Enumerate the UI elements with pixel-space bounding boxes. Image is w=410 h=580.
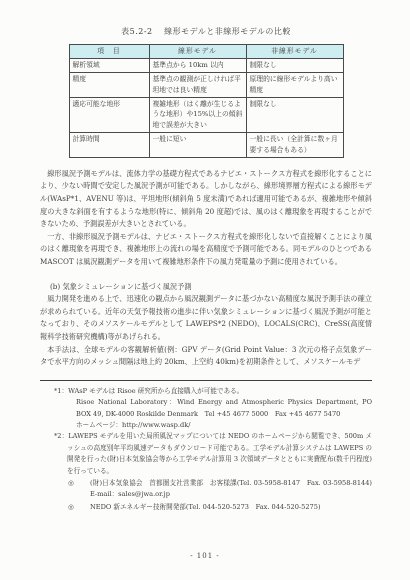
table-row: 適応可能な地形 複雑地形（はく離が生じるような地形）や15%以上の傾斜地で誤差が… xyxy=(69,97,343,133)
contact-jwa-text: (財)日本気象協会 首都圏支社営業部 お客様課(Tel. 03-5958-814… xyxy=(90,478,372,501)
header-nonlinear-model: 非線形モデル xyxy=(246,45,343,59)
cell-linear: 基準点の観測が正しければ平坦地では良い精度 xyxy=(149,72,246,97)
footnote-1-address: Risoe National Laboratory：Wind Energy an… xyxy=(76,397,372,420)
table-row: 計算時間 一般に短い 一般に長い（全計算に数ヶ月要する場合もある） xyxy=(69,133,343,158)
table-caption: 表5.2-2 線形モデルと非線形モデルの比較 xyxy=(40,26,372,37)
contact-nedo: ◎ NEDO 新エネルギー技術開発部(Tel. 044-520-5273 Fax… xyxy=(68,502,372,513)
contact-jwa: ◎ (財)日本気象協会 首都圏支社営業部 お客様課(Tel. 03-5958-8… xyxy=(68,478,372,501)
row-label: 精度 xyxy=(69,72,149,97)
body-text-block: 線形風況予測モデルは、流体力学の基礎方程式であるナビエ・ストークス方程式を線形化… xyxy=(40,168,372,369)
table-row: 精度 基準点の観測が正しければ平坦地では良い精度 原理的に線形モデルより高い精度 xyxy=(69,72,343,97)
cell-nonlinear: 制限なし xyxy=(246,97,343,133)
footnote-2-text: *2：LAWEPS モデルを用いた局所風況マップについては NEDO のホームペ… xyxy=(54,431,372,477)
cell-linear: 一般に短い xyxy=(149,133,246,158)
comparison-table: 項 目 線形モデル 非線形モデル 解析領域 基準点から 10km 以内 制限なし… xyxy=(69,44,344,158)
bullet-double-circle-icon: ◎ xyxy=(68,502,90,513)
header-linear-model: 線形モデル xyxy=(149,45,246,59)
footnotes-section: *1：WAsP モデルは Risoe 研究所から直接購入が可能である。 Riso… xyxy=(40,380,372,513)
header-item: 項 目 xyxy=(69,45,149,59)
row-label: 適応可能な地形 xyxy=(69,97,149,133)
cell-nonlinear: 制限なし xyxy=(246,58,343,72)
page-number: - 101 - xyxy=(0,552,410,560)
table-row: 解析領域 基準点から 10km 以内 制限なし xyxy=(69,58,343,72)
cell-linear: 複雑地形（はく離が生じるような地形）や15%以上の傾斜地で誤差が大きい xyxy=(149,97,246,133)
footnote-1-homepage: ホームページ：http://www.wasp.dk/ xyxy=(76,420,372,431)
contact-nedo-text: NEDO 新エネルギー技術開発部(Tel. 044-520-5273 Fax. … xyxy=(90,502,372,513)
cell-nonlinear: 原理的に線形モデルより高い精度 xyxy=(246,72,343,97)
paragraph-gpv: 本手法は、全球モデルの客観解析値(例：GPV データ(Grid Point Va… xyxy=(40,344,372,369)
bullet-double-circle-icon: ◎ xyxy=(68,478,90,501)
cell-nonlinear: 一般に長い（全計算に数ヶ月要する場合もある） xyxy=(246,133,343,158)
cell-linear: 基準点から 10km 以内 xyxy=(149,58,246,72)
paragraph-linear-model: 線形風況予測モデルは、流体力学の基礎方程式であるナビエ・ストークス方程式を線形化… xyxy=(40,168,372,231)
section-heading-b: (b) 気象シミュレーションに基づく風況予測 xyxy=(50,281,372,294)
row-label: 計算時間 xyxy=(69,133,149,158)
document-page: 表5.2-2 線形モデルと非線形モデルの比較 項 目 線形モデル 非線形モデル … xyxy=(0,0,410,580)
row-label: 解析領域 xyxy=(69,58,149,72)
paragraph-meso-models: 風力開発を進める上で、迅速化の観点から風況観測データに基づかない高精度な風況予測… xyxy=(40,293,372,343)
footnote-1-line: *1：WAsP モデルは Risoe 研究所から直接購入が可能である。 xyxy=(54,386,372,397)
table-header-row: 項 目 線形モデル 非線形モデル xyxy=(69,45,343,59)
paragraph-nonlinear-model: 一方、非線形風況予測モデルは、ナビエ・ストークス方程式を線形化しないで直接解くこ… xyxy=(40,231,372,269)
